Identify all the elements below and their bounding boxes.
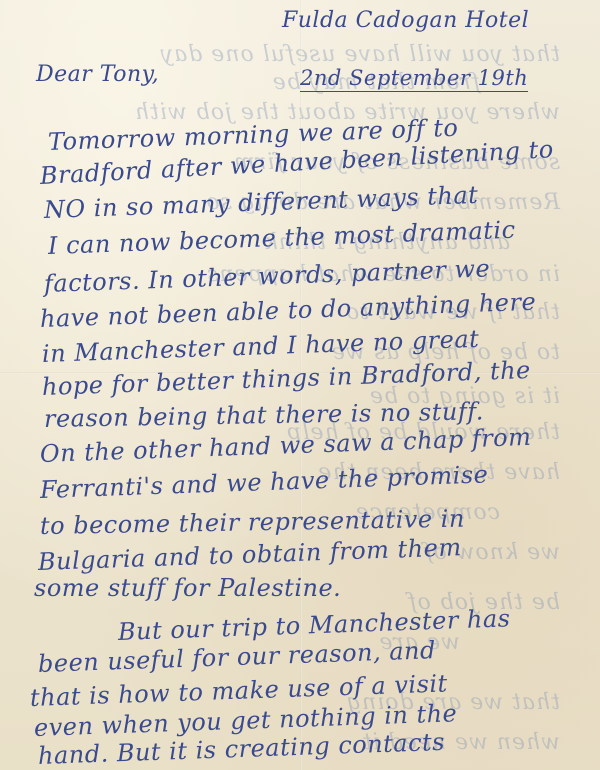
letter-date: 2nd September 19th <box>300 66 528 92</box>
body-line: some stuff for Palestine. <box>34 574 341 602</box>
letter-salutation-text: Dear Tony, <box>36 62 159 87</box>
letter-page: that you will have useful one day from t… <box>0 0 600 770</box>
bleed-line: that you will have useful one day <box>160 42 560 67</box>
letter-address: Fulda Cadogan Hotel <box>282 8 529 33</box>
